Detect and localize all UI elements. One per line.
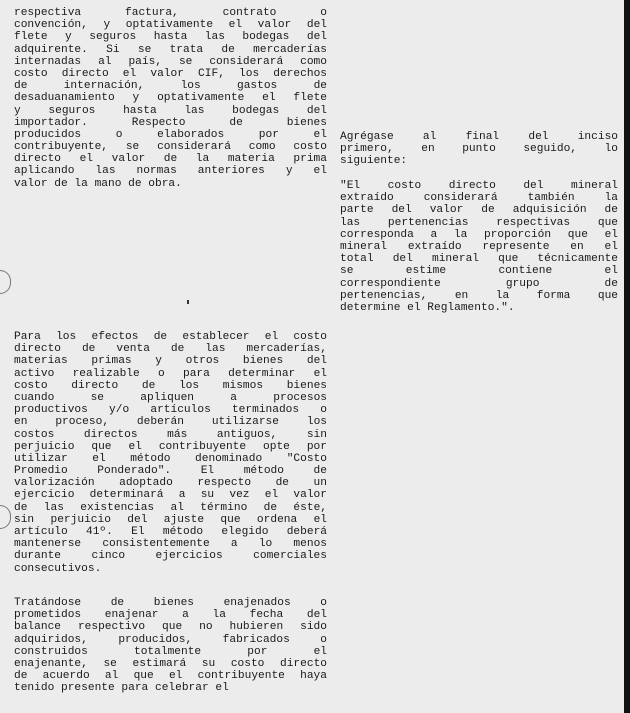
scan-speck <box>187 300 189 304</box>
text-line: desaduanamiento y optativamente el flete <box>14 92 327 104</box>
left-column-paragraph-1: respectiva factura, contrato oconvención… <box>14 7 327 190</box>
text-line: y seguros hasta las bodegas del <box>14 105 327 117</box>
text-line: perjuicio que el contribuyente opte por <box>14 441 327 453</box>
text-line: determine el Reglamento.". <box>340 302 618 314</box>
text-line: valor de la mano de obra. <box>14 178 327 190</box>
right-column-intro: Agrégase al final del incisoprimero, en … <box>340 131 618 168</box>
text-line: Para los efectos de establecer el costo <box>14 331 327 343</box>
text-line: adquirente. Si se trata de mercaderías <box>14 44 327 56</box>
text-line: de las existencias al término de éste, <box>14 502 327 514</box>
text-line: materias primas y otros bienes del <box>14 355 327 367</box>
text-line: extraído considerará también la <box>340 192 618 204</box>
punch-hole-mark <box>0 270 11 294</box>
text-line: primero, en punto seguido, lo <box>340 143 618 155</box>
text-line: total del mineral que técnicamente <box>340 253 618 265</box>
text-line: contribuyente, se considerará como costo <box>14 141 327 153</box>
text-line: consecutivos. <box>14 563 327 575</box>
text-line: durante cinco ejercicios comerciales <box>14 550 327 562</box>
text-line: "El costo directo del mineral <box>340 180 618 192</box>
text-line: tenido presente para celebrar el <box>14 682 327 694</box>
text-line: producidos o elaborados por el <box>14 129 327 141</box>
text-line: balance respectivo que no hubieren sido <box>14 621 327 633</box>
text-line: valorización adoptado respecto de un <box>14 477 327 489</box>
text-line: adquiridos, producidos, fabricados o <box>14 634 327 646</box>
text-line: Agrégase al final del inciso <box>340 131 618 143</box>
right-column-quoted-amendment: "El costo directo del mineralextraído co… <box>340 180 618 314</box>
text-line: enajenante, se estimará su costo directo <box>14 658 327 670</box>
text-line: parte del valor de adquisición de <box>340 204 618 216</box>
text-line: ejercicio determinará a su vez el valor <box>14 489 327 501</box>
left-column-paragraph-3: Tratándose de bienes enajenados oprometi… <box>14 597 327 695</box>
punch-hole-mark <box>0 505 11 529</box>
text-line: sin perjuicio del ajuste que ordena el <box>14 514 327 526</box>
text-line: corresponda a la proporción que el <box>340 229 618 241</box>
scanned-page: respectiva factura, contrato oconvención… <box>0 0 624 713</box>
text-line: artículo 41º. El método elegido deberá <box>14 526 327 538</box>
text-line: de internación, los gastos de <box>14 80 327 92</box>
text-line: flete y seguros hasta las bodegas del <box>14 31 327 43</box>
text-line: productivos y/o artículos terminados o <box>14 404 327 416</box>
text-line: pertenencias, en la forma que <box>340 290 618 302</box>
text-line: de acuerdo al que el contribuyente haya <box>14 670 327 682</box>
text-line: mineral extraído represente en el <box>340 241 618 253</box>
text-line: aplicando las normas anteriores y el <box>14 165 327 177</box>
text-line: directo el valor de la materia prima <box>14 153 327 165</box>
text-line: en proceso, deberán utilizarse los <box>14 416 327 428</box>
text-line: costo directo de los mismos bienes <box>14 380 327 392</box>
text-line: Promedio Ponderado". El método de <box>14 465 327 477</box>
text-line: directo de venta de las mercaderías, <box>14 343 327 355</box>
text-line: importador. Respecto de bienes <box>14 117 327 129</box>
text-line: activo realizable o para determinar el <box>14 368 327 380</box>
text-line: mantenerse consistentemente a lo menos <box>14 538 327 550</box>
text-line: respectiva factura, contrato o <box>14 7 327 19</box>
text-line: cuando se apliquen a procesos <box>14 392 327 404</box>
text-line: costo directo el valor CIF, los derechos <box>14 68 327 80</box>
text-line: internadas al país, se considerará como <box>14 56 327 68</box>
left-column-paragraph-2: Para los efectos de establecer el costod… <box>14 331 327 575</box>
text-line: costos directos más antiguos, sin <box>14 429 327 441</box>
text-line: Tratándose de bienes enajenados o <box>14 597 327 609</box>
text-line: se estime contiene el <box>340 265 618 277</box>
scan-border <box>624 0 630 713</box>
text-line: las pertenencias respectivas que <box>340 217 618 229</box>
text-line: convención, y optativamente el valor del <box>14 19 327 31</box>
text-line: utilizar el método denominado "Costo <box>14 453 327 465</box>
text-line: correspondiente grupo de <box>340 278 618 290</box>
text-line: prometidos enajenar a la fecha del <box>14 609 327 621</box>
text-line: construidos totalmente por el <box>14 646 327 658</box>
text-line: siguiente: <box>340 155 618 167</box>
